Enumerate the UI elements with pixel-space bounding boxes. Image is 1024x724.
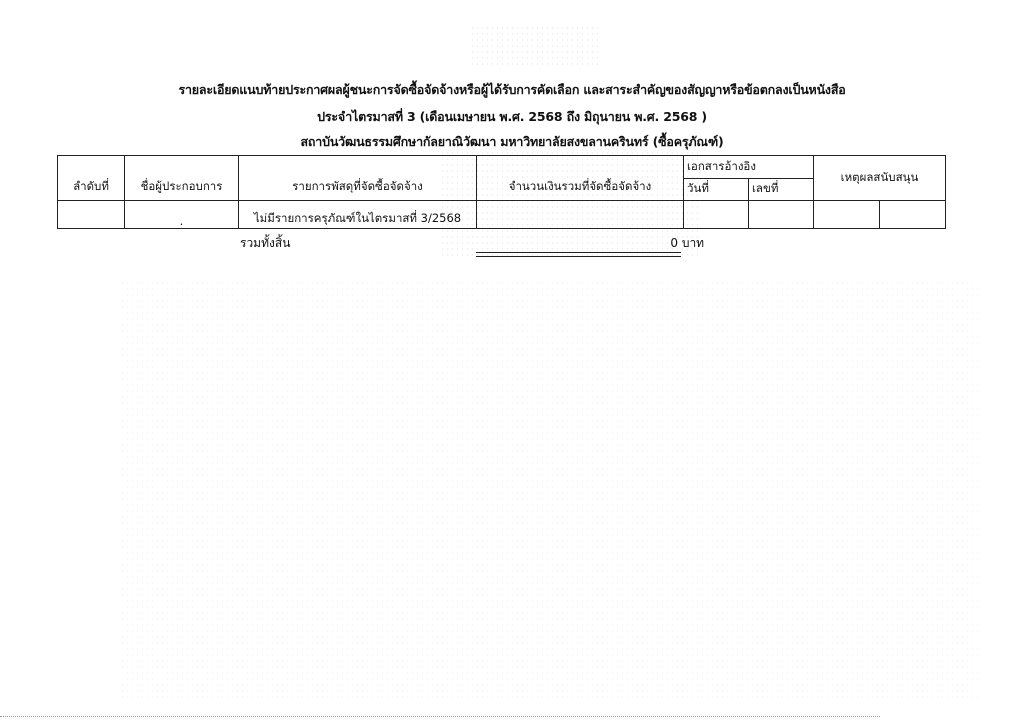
- total-unit: บาท: [682, 236, 704, 250]
- header-reference-doc: เอกสารอ้างอิง: [684, 156, 814, 179]
- document-title: รายละเอียดแนบท้ายประกาศผลผู้ชนะการจัดซื้…: [0, 80, 1024, 100]
- header-vendor: ชื่อผู้ประกอบการ: [125, 156, 239, 201]
- scan-edge-line: [0, 716, 880, 717]
- procurement-table: ลำดับที่ ชื่อผู้ประกอบการ รายการพัสดุที่…: [57, 155, 946, 229]
- header-amount: จำนวนเงินรวมที่จัดซื้อจัดจ้าง: [477, 156, 684, 201]
- total-double-underline: [476, 252, 681, 257]
- cell-reason-b: [880, 201, 946, 229]
- total-value: 0: [640, 236, 678, 250]
- header-reference-date: วันที่: [684, 178, 749, 201]
- header-reason: เหตุผลสนับสนุน: [814, 156, 946, 201]
- total-amount: 0 บาท: [640, 234, 710, 253]
- table-row: . ไม่มีรายการครุภัณฑ์ในไตรมาสที่ 3/2568: [58, 201, 946, 229]
- header-items: รายการพัสดุที่จัดซื้อจัดจ้าง: [239, 156, 477, 201]
- table-header-row: ลำดับที่ ชื่อผู้ประกอบการ รายการพัสดุที่…: [58, 156, 946, 179]
- cell-seq: [58, 201, 125, 229]
- total-label: รวมทั้งสิ้น: [240, 234, 290, 253]
- scan-noise: [470, 25, 600, 65]
- cell-amount: [477, 201, 684, 229]
- scan-noise: [120, 280, 980, 700]
- cell-reason-a: [814, 201, 880, 229]
- document-period: ประจำไตรมาสที่ 3 (เดือนเมษายน พ.ศ. 2568 …: [0, 107, 1024, 127]
- cell-reference-number: [749, 201, 814, 229]
- cell-items: ไม่มีรายการครุภัณฑ์ในไตรมาสที่ 3/2568: [239, 201, 477, 229]
- header-reference-number: เลขที่: [749, 178, 814, 201]
- document-institution: สถาบันวัฒนธรรมศึกษากัลยาณิวัฒนา มหาวิทยา…: [0, 132, 1024, 152]
- cell-vendor: .: [125, 201, 239, 229]
- cell-reference-date: [684, 201, 749, 229]
- header-seq: ลำดับที่: [58, 156, 125, 201]
